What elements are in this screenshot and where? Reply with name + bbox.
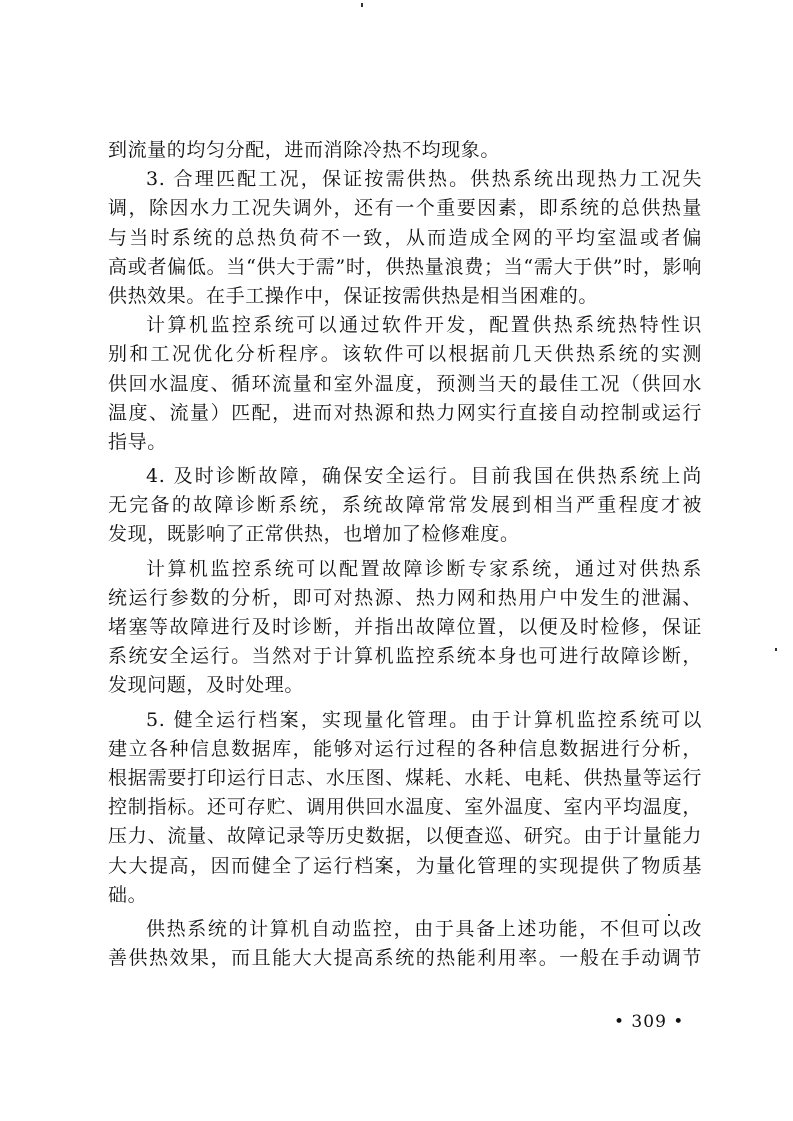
text-line: 无完备的故障诊断系统，系统故障常常发展到相当严重程度才被	[108, 491, 702, 520]
text-line: 指导。	[108, 428, 702, 457]
text-line: 大大提高，因而健全了运行档案，为量化管理的实现提供了物质基	[108, 852, 702, 881]
text-line: 计算机监控系统可以通过软件开发，配置供热系统热特性识	[108, 311, 702, 340]
text-line: 供回水温度、循环流量和室外温度，预测当天的最佳工况（供回水	[108, 370, 702, 399]
text-line: 供热系统的计算机自动监控，由于具备上述功能，不但可以改	[108, 915, 702, 944]
page-number: • 309 •	[614, 1012, 684, 1032]
text-line: 与当时系统的总热负荷不一致，从而造成全网的平均室温或者偏	[108, 224, 702, 253]
text-line: 温度、流量）匹配，进而对热源和热力网实行直接自动控制或运行	[108, 399, 702, 428]
text-line: 根据需要打印运行日志、水压图、煤耗、水耗、电耗、供热量等运行	[108, 764, 702, 793]
paragraph-fault-diagnosis: 计算机监控系统可以配置故障诊断专家系统，通过对供热系 统运行参数的分析，即可对热…	[108, 555, 702, 701]
paragraph-item-5: 5. 健全运行档案，实现量化管理。由于计算机监控系统可以 建立各种信息数据库，能…	[108, 706, 702, 910]
paragraph-monitoring-software: 计算机监控系统可以通过软件开发，配置供热系统热特性识 别和工况优化分析程序。该软…	[108, 311, 702, 457]
text-line: 高或者偏低。当“供大于需”时，供热量浪费；当“需大于供”时，影响	[108, 253, 702, 282]
scan-speck	[361, 3, 363, 7]
text-line: 础。	[108, 881, 702, 910]
text-line: 4. 及时诊断故障，确保安全运行。目前我国在供热系统上尚	[108, 462, 702, 491]
paragraph-item-3: 3. 合理匹配工况，保证按需供热。供热系统出现热力工况失 调，除因水力工况失调外…	[108, 165, 702, 311]
text-line: 别和工况优化分析程序。该软件可以根据前几天供热系统的实测	[108, 340, 702, 369]
scan-speck	[775, 648, 777, 651]
paragraph-conclusion: 供热系统的计算机自动监控，由于具备上述功能，不但可以改 善供热效果，而且能大大提…	[108, 915, 702, 973]
text-line: 调，除因水力工况失调外，还有一个重要因素，即系统的总供热量	[108, 194, 702, 223]
document-page: 到流量的均匀分配，进而消除冷热不均现象。 3. 合理匹配工况，保证按需供热。供热…	[0, 0, 793, 1121]
text-line: 善供热效果，而且能大大提高系统的热能利用率。一般在手动调节	[108, 944, 702, 973]
paragraph-item-4: 4. 及时诊断故障，确保安全运行。目前我国在供热系统上尚 无完备的故障诊断系统，…	[108, 462, 702, 550]
paragraph-continuation: 到流量的均匀分配，进而消除冷热不均现象。	[108, 136, 702, 165]
text-line: 堵塞等故障进行及时诊断，并指出故障位置，以便及时检修，保证	[108, 613, 702, 642]
text-line: 到流量的均匀分配，进而消除冷热不均现象。	[108, 136, 702, 165]
text-line: 压力、流量、故障记录等历史数据，以便查巡、研究。由于计量能力	[108, 822, 702, 851]
scan-speck	[668, 914, 670, 916]
text-line: 建立各种信息数据库，能够对运行过程的各种信息数据进行分析，	[108, 735, 702, 764]
text-line: 控制指标。还可存贮、调用供回水温度、室外温度、室内平均温度，	[108, 793, 702, 822]
text-line: 3. 合理匹配工况，保证按需供热。供热系统出现热力工况失	[108, 165, 702, 194]
text-line: 供热效果。在手工操作中，保证按需供热是相当困难的。	[108, 282, 702, 311]
text-line: 计算机监控系统可以配置故障诊断专家系统，通过对供热系	[108, 555, 702, 584]
text-line: 发现问题，及时处理。	[108, 671, 702, 700]
text-line: 5. 健全运行档案，实现量化管理。由于计算机监控系统可以	[108, 706, 702, 735]
body-text: 到流量的均匀分配，进而消除冷热不均现象。 3. 合理匹配工况，保证按需供热。供热…	[108, 136, 702, 973]
text-line: 统运行参数的分析，即可对热源、热力网和热用户中发生的泄漏、	[108, 584, 702, 613]
text-line: 系统安全运行。当然对于计算机监控系统本身也可进行故障诊断，	[108, 642, 702, 671]
text-line: 发现，既影响了正常供热，也增加了检修难度。	[108, 520, 702, 549]
